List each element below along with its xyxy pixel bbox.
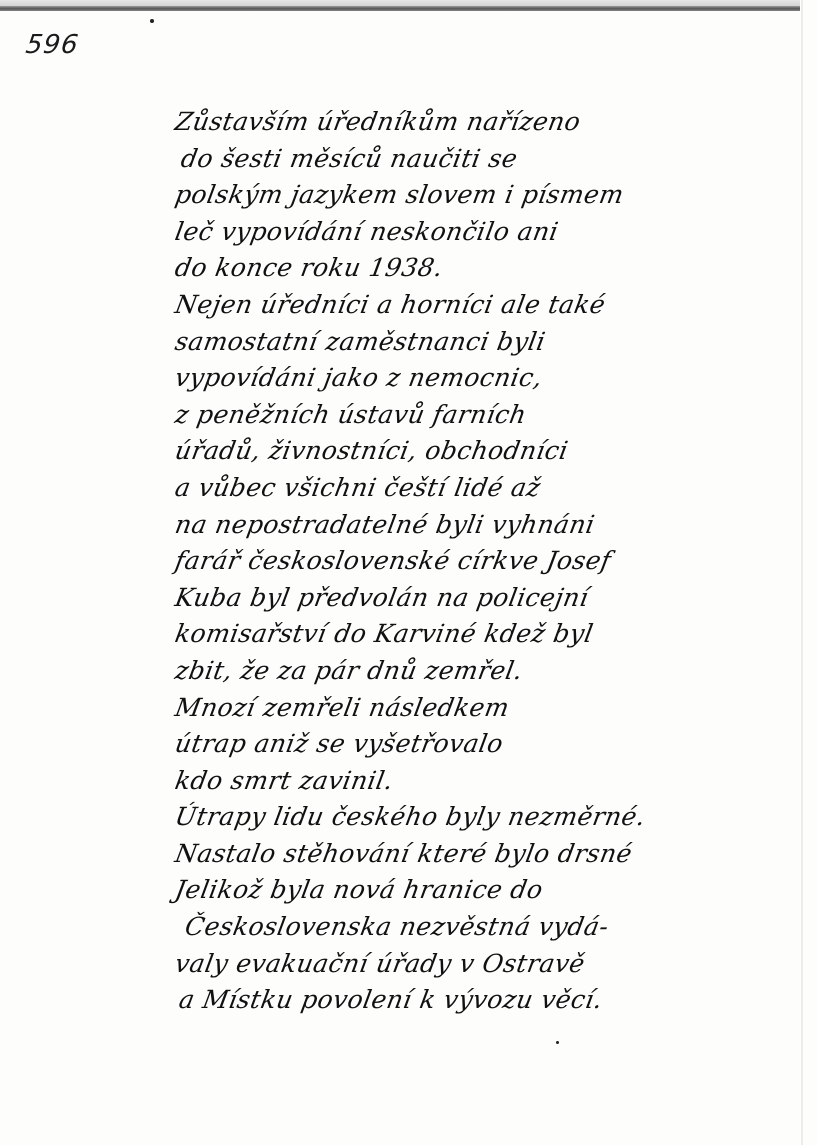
text-line: zbit, že za pár dnů zemřel. [172, 653, 788, 690]
ink-speck [556, 1041, 559, 1044]
text-line: Nejen úředníci a horníci ale také [172, 287, 788, 324]
text-line: do konce roku 1938. [172, 250, 788, 287]
handwritten-text-block: Zůstavším úředníkům nařízeno do šesti mě… [172, 104, 782, 1019]
scanned-document-page: 596 Zůstavším úředníkům nařízeno do šest… [0, 0, 817, 1145]
scan-right-edge [801, 0, 803, 1145]
text-line: kdo smrt zavinil. [172, 763, 788, 800]
text-line: Kuba byl předvolán na policejní [172, 580, 788, 617]
text-line: do šesti měsíců naučiti se [172, 141, 788, 178]
text-line: a vůbec všichni čeští lidé až [172, 470, 788, 507]
page-number: 596 [24, 30, 81, 60]
text-line: vypovídáni jako z nemocnic, [172, 360, 788, 397]
text-line: farář československé církve Josef [172, 543, 788, 580]
text-line: Československa nezvěstná vydá- [172, 909, 788, 946]
text-line: polským jazykem slovem i písmem [172, 177, 788, 214]
text-line: leč vypovídání neskončilo ani [172, 214, 788, 251]
text-line: na nepostradatelné byli vyhnáni [172, 507, 788, 544]
scan-top-edge [0, 6, 800, 11]
text-line: valy evakuační úřady v Ostravě [172, 946, 788, 983]
text-line: úřadů, živnostníci, obchodníci [172, 433, 788, 470]
text-line: Mnozí zemřeli následkem [172, 690, 788, 727]
text-line: Útrapy lidu českého byly nezměrné. [172, 799, 788, 836]
text-line: z peněžních ústavů farních [172, 397, 788, 434]
text-line: Nastalo stěhování které bylo drsné [172, 836, 788, 873]
text-line: samostatní zaměstnanci byli [172, 324, 788, 361]
text-line: a Místku povolení k vývozu věcí. [172, 982, 788, 1019]
text-line: Jelikož byla nová hranice do [172, 872, 788, 909]
text-line: komisařství do Karviné kdež byl [172, 616, 788, 653]
text-line: Zůstavším úředníkům nařízeno [172, 104, 788, 141]
ink-speck [150, 19, 154, 23]
text-line: útrap aniž se vyšetřovalo [172, 726, 788, 763]
